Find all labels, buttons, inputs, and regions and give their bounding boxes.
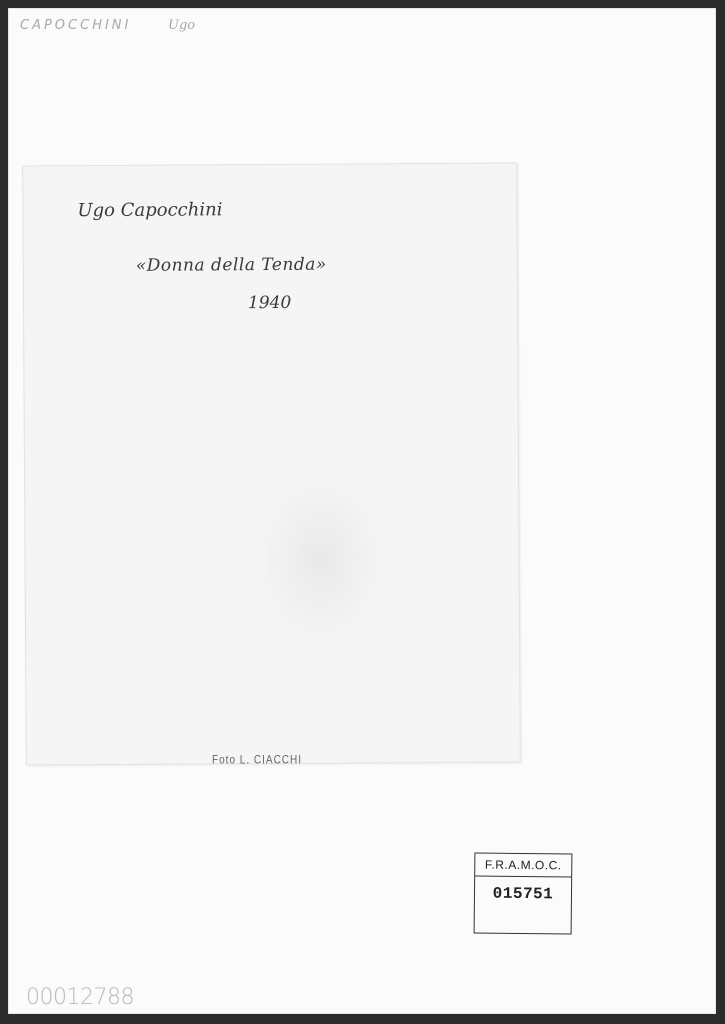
show-through-image bbox=[255, 474, 386, 645]
archive-stamp: F.R.A.M.O.C. 015751 bbox=[474, 852, 573, 934]
handwritten-year: 1940 bbox=[248, 293, 291, 313]
archive-surname-annotation: CAPOCCHINI bbox=[20, 18, 131, 33]
stamp-number: 015751 bbox=[475, 884, 571, 903]
archive-firstname-annotation: Ugo bbox=[168, 18, 195, 33]
photo-print-verso: Ugo Capocchini «Donna della Tenda» 1940 bbox=[22, 162, 521, 765]
photo-credit-stamp: Foto L. CIACCHI bbox=[212, 754, 302, 767]
stamp-header: F.R.A.M.O.C. bbox=[475, 853, 571, 877]
inventory-number: 00012788 bbox=[26, 985, 134, 1010]
handwritten-title: «Donna della Tenda» bbox=[136, 255, 327, 276]
handwritten-author: Ugo Capocchini bbox=[77, 199, 222, 221]
scan-frame: CAPOCCHINI Ugo Ugo Capocchini «Donna del… bbox=[0, 0, 725, 1024]
